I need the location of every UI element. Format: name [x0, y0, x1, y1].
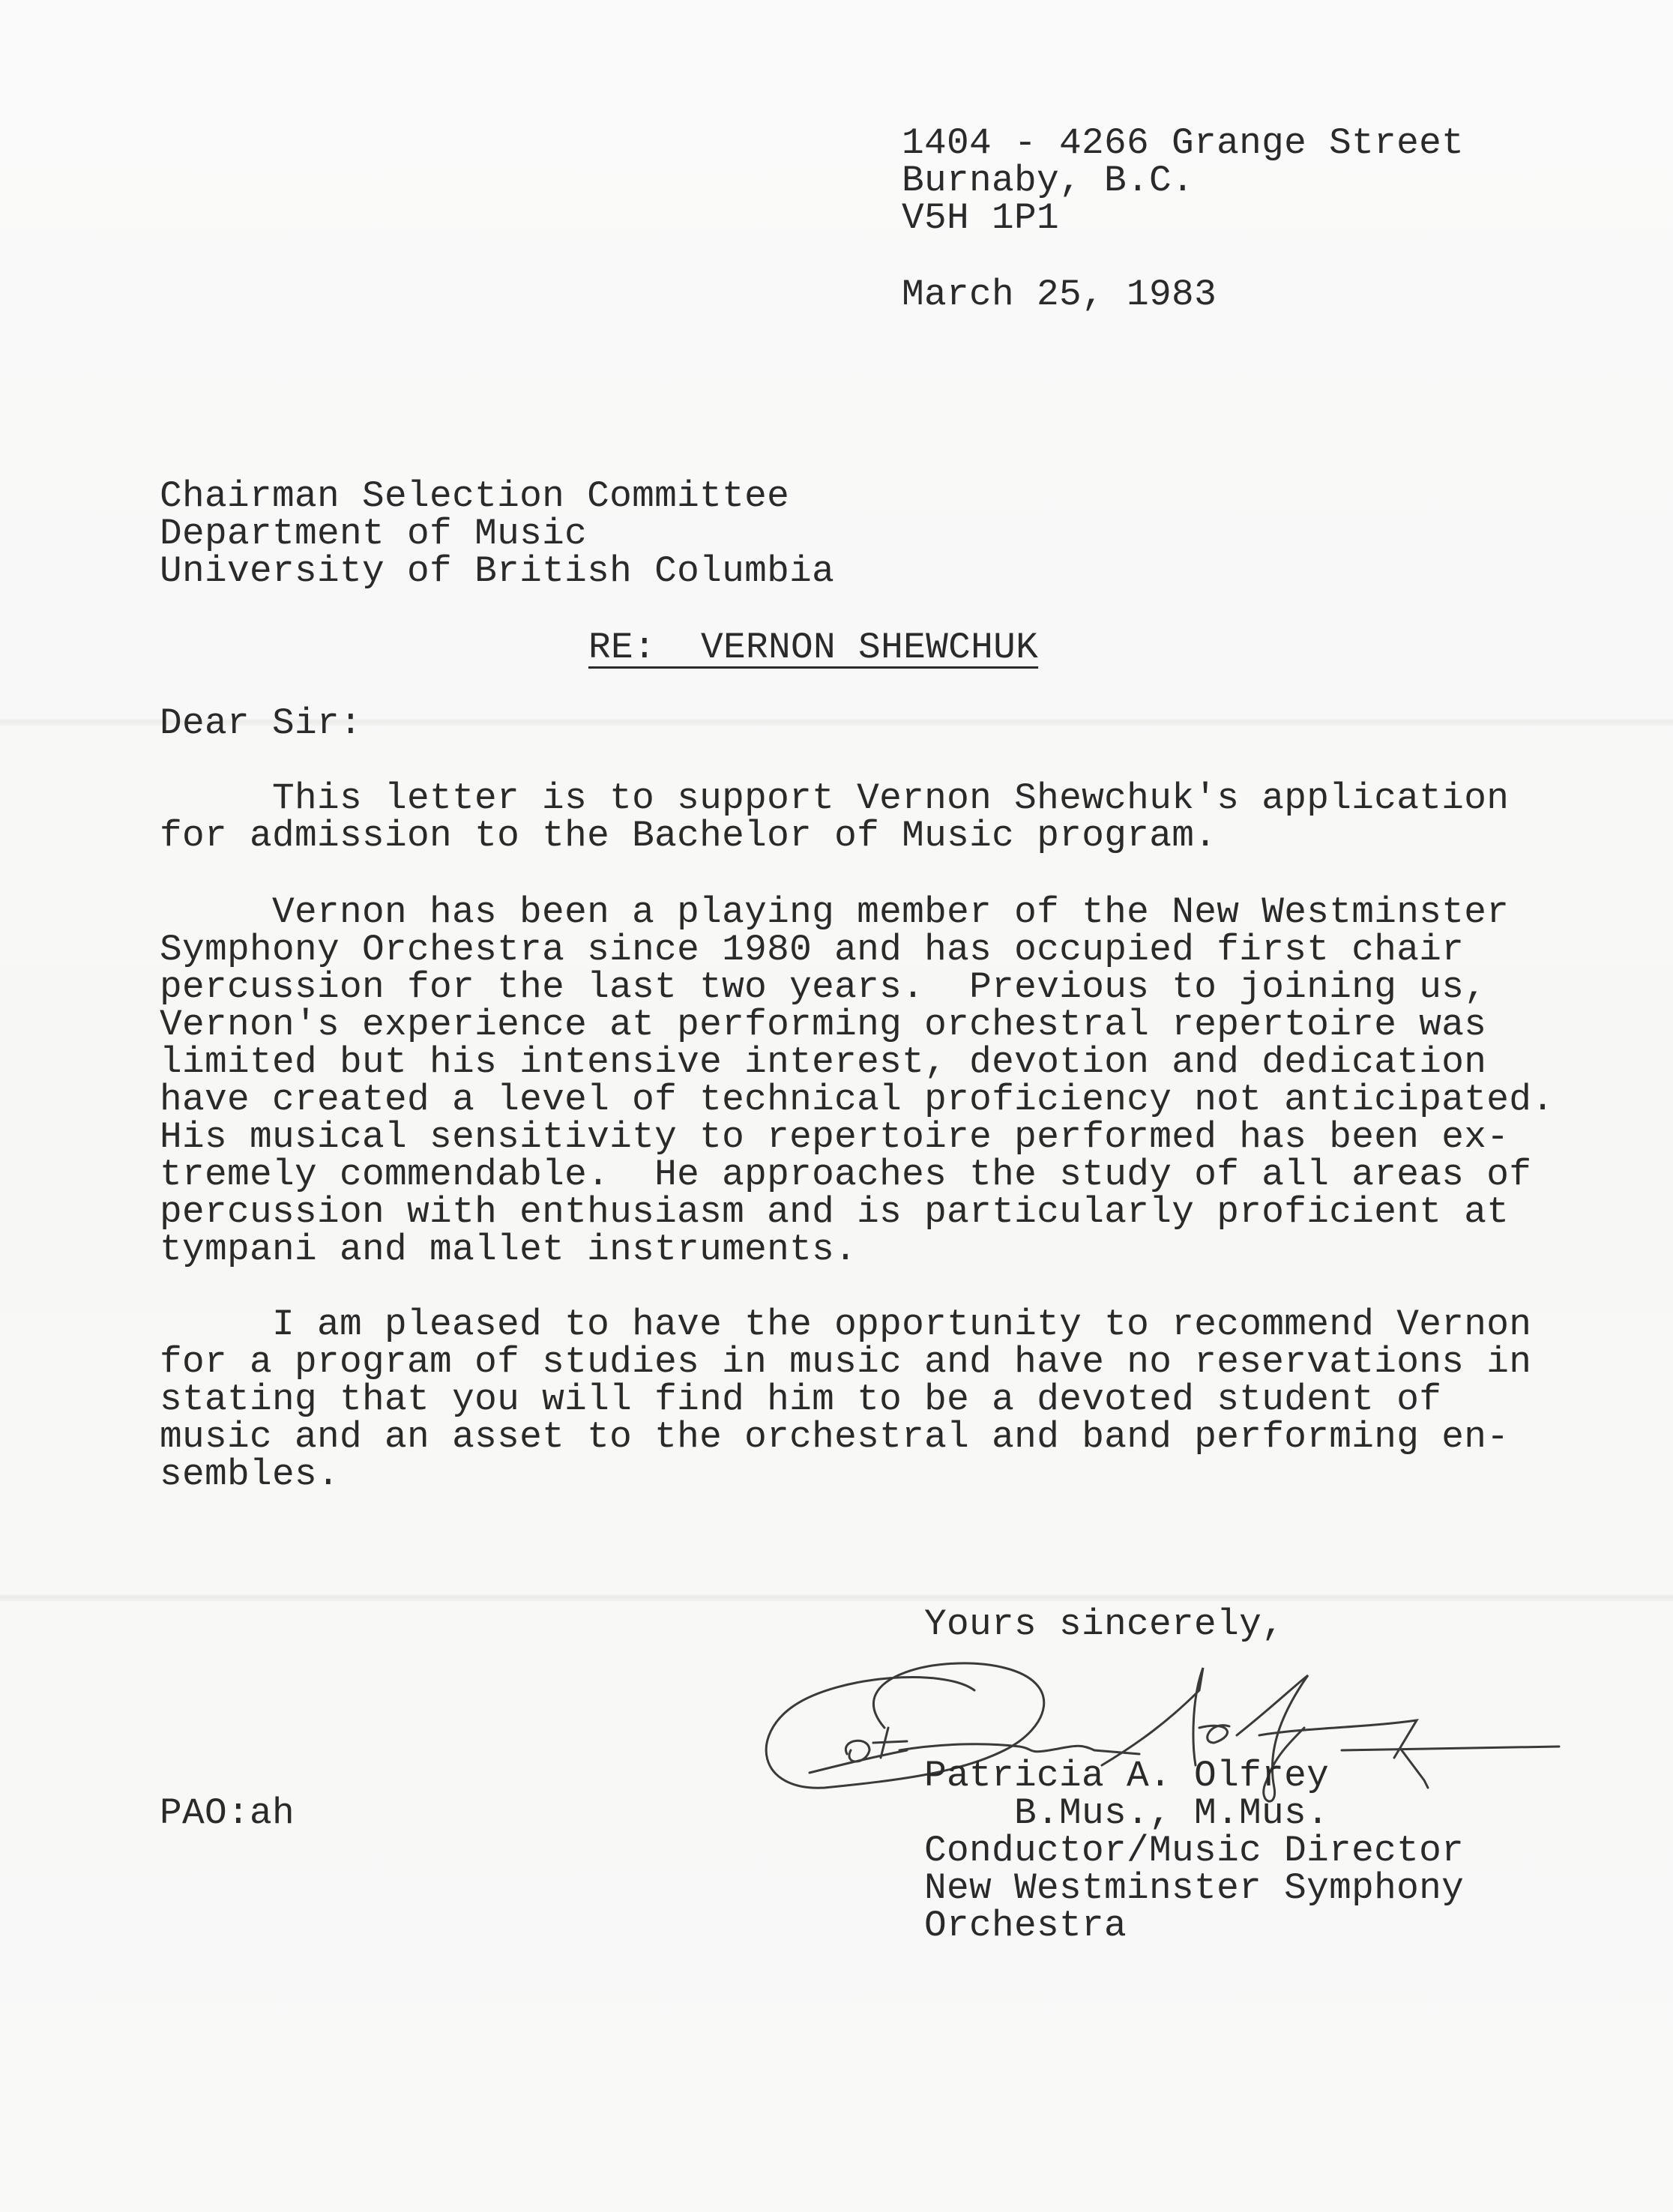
paragraph-line: for a program of studies in music and ha…: [160, 1343, 1531, 1381]
salutation-text: Dear Sir:: [160, 705, 362, 742]
address-line-3: V5H 1P1: [902, 199, 1464, 237]
date-text: March 25, 1983: [902, 276, 1217, 313]
paragraph-line: tremely commendable. He approaches the s…: [160, 1156, 1554, 1193]
signature-block: Patricia A. Olfrey B.Mus., M.Mus. Conduc…: [924, 1757, 1464, 1944]
paragraph-line: for admission to the Bachelor of Music p…: [160, 817, 1509, 855]
paragraph-line: percussion with enthusiasm and is partic…: [160, 1193, 1554, 1231]
paragraph-line: sembles.: [160, 1456, 1531, 1493]
signer-organization-line-2: Orchestra: [924, 1907, 1464, 1944]
paragraph-line: Symphony Orchestra since 1980 and has oc…: [160, 931, 1554, 968]
paragraph-line: have created a level of technical profic…: [160, 1081, 1554, 1118]
recipient-line-1: Chairman Selection Committee: [160, 477, 834, 515]
closing-text: Yours sincerely,: [924, 1606, 1284, 1643]
recipient-line-3: University of British Columbia: [160, 552, 834, 590]
body-paragraph-3: I am pleased to have the opportunity to …: [160, 1306, 1531, 1493]
signer-name: Patricia A. Olfrey: [924, 1757, 1464, 1794]
paragraph-line: limited but his intensive interest, devo…: [160, 1043, 1554, 1081]
address-line-1: 1404 - 4266 Grange Street: [902, 124, 1464, 162]
paragraph-line: percussion for the last two years. Previ…: [160, 968, 1554, 1006]
letter-date: March 25, 1983: [902, 276, 1217, 313]
recipient-line-2: Department of Music: [160, 515, 834, 552]
subject-line: RE: VERNON SHEWCHUK: [588, 629, 1038, 666]
subject-text: RE: VERNON SHEWCHUK: [588, 629, 1038, 666]
complimentary-closing: Yours sincerely,: [924, 1606, 1284, 1643]
fold-crease-lower: [0, 1594, 1673, 1601]
paragraph-line: tympani and mallet instruments.: [160, 1231, 1554, 1268]
paragraph-line: music and an asset to the orchestral and…: [160, 1418, 1531, 1456]
paragraph-line: I am pleased to have the opportunity to …: [160, 1306, 1531, 1343]
body-paragraph-1: This letter is to support Vernon Shewchu…: [160, 780, 1509, 855]
salutation: Dear Sir:: [160, 705, 362, 742]
recipient-address: Chairman Selection Committee Department …: [160, 477, 834, 590]
signer-organization-line-1: New Westminster Symphony: [924, 1869, 1464, 1907]
paragraph-line: Vernon has been a playing member of the …: [160, 893, 1554, 931]
signer-degrees: B.Mus., M.Mus.: [924, 1794, 1464, 1832]
paragraph-line: His musical sensitivity to repertoire pe…: [160, 1118, 1554, 1156]
body-paragraph-2: Vernon has been a playing member of the …: [160, 893, 1554, 1268]
reference-initials-text: PAO:ah: [160, 1794, 295, 1832]
paragraph-line: This letter is to support Vernon Shewchu…: [160, 780, 1509, 817]
signer-title: Conductor/Music Director: [924, 1832, 1464, 1869]
paragraph-line: stating that you will find him to be a d…: [160, 1381, 1531, 1418]
paragraph-line: Vernon's experience at performing orches…: [160, 1006, 1554, 1043]
sender-address: 1404 - 4266 Grange Street Burnaby, B.C. …: [902, 124, 1464, 237]
address-line-2: Burnaby, B.C.: [902, 162, 1464, 199]
reference-initials: PAO:ah: [160, 1794, 295, 1832]
